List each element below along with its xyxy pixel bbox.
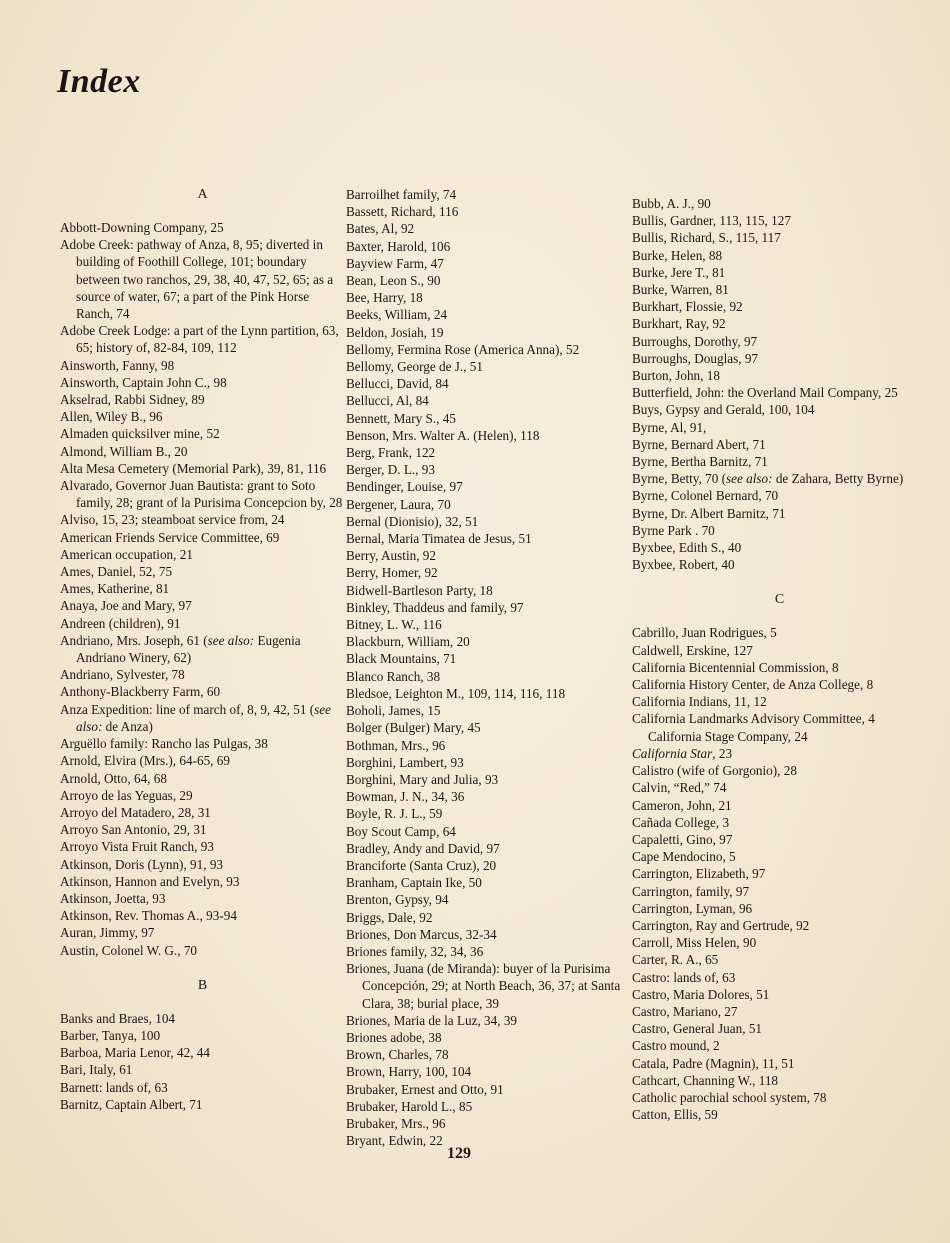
entry-text: Byrne, Betty, 70 (: [632, 471, 726, 486]
index-entry: Anza Expedition: line of march of, 8, 9,…: [60, 701, 345, 735]
index-entry: Cape Mendocino, 5: [632, 848, 927, 865]
index-entry: Briones family, 32, 34, 36: [346, 943, 636, 960]
index-entry: Bothman, Mrs., 96: [346, 737, 636, 754]
index-entry: California Landmarks Advisory Committee,…: [632, 710, 927, 727]
index-entry: California Stage Company, 24: [632, 728, 927, 745]
index-column-1: AAbbott-Downing Company, 25Adobe Creek: …: [60, 186, 345, 1113]
index-entry: Andriano, Sylvester, 78: [60, 666, 345, 683]
entry-text: Briones, Maria de la Luz, 34, 39: [346, 1013, 517, 1028]
entry-text: California Bicentennial Commission, 8: [632, 660, 839, 675]
index-entry: Bennett, Mary S., 45: [346, 410, 636, 427]
entry-text: Carrington, family, 97: [632, 884, 749, 899]
index-entry: Ainsworth, Captain John C., 98: [60, 374, 345, 391]
entry-text: Branciforte (Santa Cruz), 20: [346, 858, 496, 873]
index-entry: Ames, Daniel, 52, 75: [60, 563, 345, 580]
index-entry: Binkley, Thaddeus and family, 97: [346, 599, 636, 616]
entry-text: Castro, Mariano, 27: [632, 1004, 737, 1019]
entry-text: Buys, Gypsy and Gerald, 100, 104: [632, 402, 814, 417]
index-entry: Burke, Jere T., 81: [632, 264, 927, 281]
entry-text: Bledsoe, Leighton M., 109, 114, 116, 118: [346, 686, 565, 701]
index-entry: Austin, Colonel W. G., 70: [60, 942, 345, 959]
index-entry: Carter, R. A., 65: [632, 951, 927, 968]
index-entry: Catholic parochial school system, 78: [632, 1089, 927, 1106]
entry-text: Carrington, Lyman, 96: [632, 901, 752, 916]
entry-text: Bellucci, David, 84: [346, 376, 449, 391]
index-entry: Bergener, Laura, 70: [346, 496, 636, 513]
entry-text: Catholic parochial school system, 78: [632, 1090, 826, 1105]
entry-text: Bubb, A. J., 90: [632, 196, 711, 211]
entry-text: Atkinson, Joetta, 93: [60, 891, 166, 906]
entry-text: Berry, Austin, 92: [346, 548, 436, 563]
entry-text: Byrne, Bertha Barnitz, 71: [632, 454, 768, 469]
entry-text: Andriano, Sylvester, 78: [60, 667, 185, 682]
index-entry: Carrington, Ray and Gertrude, 92: [632, 917, 927, 934]
index-entry: Butterfield, John: the Overland Mail Com…: [632, 384, 927, 401]
entry-text: Beeks, William, 24: [346, 307, 447, 322]
entry-text: Arnold, Otto, 64, 68: [60, 771, 167, 786]
index-entry: Bee, Harry, 18: [346, 289, 636, 306]
entry-text: Arroyo del Matadero, 28, 31: [60, 805, 211, 820]
index-entry: California Indians, 11, 12: [632, 693, 927, 710]
index-entry: Abbott-Downing Company, 25: [60, 219, 345, 236]
index-entry: Bernal, Maria Timatea de Jesus, 51: [346, 530, 636, 547]
index-entry: Bubb, A. J., 90: [632, 195, 927, 212]
index-entry: Berry, Homer, 92: [346, 564, 636, 581]
entry-text: Barboa, Maria Lenor, 42, 44: [60, 1045, 210, 1060]
index-entry: Byrne, Betty, 70 (see also: de Zahara, B…: [632, 470, 927, 487]
section-heading-a: A: [60, 186, 345, 203]
index-entry: Bates, Al, 92: [346, 220, 636, 237]
index-entry: Alvarado, Governor Juan Bautista: grant …: [60, 477, 345, 511]
entry-text: Anza Expedition: line of march of, 8, 9,…: [60, 702, 314, 717]
index-entry: Briones, Maria de la Luz, 34, 39: [346, 1012, 636, 1029]
entry-text: California Stage Company, 24: [648, 729, 808, 744]
index-entry: Banks and Braes, 104: [60, 1010, 345, 1027]
entry-text: Almaden quicksilver mine, 52: [60, 426, 220, 441]
entry-text: Alviso, 15, 23; steamboat service from, …: [60, 512, 285, 527]
index-entry: Bradley, Andy and David, 97: [346, 840, 636, 857]
index-entry: Boholi, James, 15: [346, 702, 636, 719]
index-entry: Burke, Helen, 88: [632, 247, 927, 264]
index-entry: Allen, Wiley B., 96: [60, 408, 345, 425]
index-entry: Carroll, Miss Helen, 90: [632, 934, 927, 951]
index-entry: Barnitz, Captain Albert, 71: [60, 1096, 345, 1113]
index-entry: Burroughs, Douglas, 97: [632, 350, 927, 367]
entry-text: Borghini, Mary and Julia, 93: [346, 772, 498, 787]
index-entry: Calvin, “Red,” 74: [632, 779, 927, 796]
index-entry: Bean, Leon S., 90: [346, 272, 636, 289]
entry-text: Arroyo Vista Fruit Ranch, 93: [60, 839, 214, 854]
index-entry: Beeks, William, 24: [346, 306, 636, 323]
index-column-2: Barroilhet family, 74Bassett, Richard, 1…: [346, 186, 636, 1149]
entry-text: Briggs, Dale, 92: [346, 910, 432, 925]
index-entry: Brown, Harry, 100, 104: [346, 1063, 636, 1080]
index-entry: Bullis, Gardner, 113, 115, 127: [632, 212, 927, 229]
entry-text: Burroughs, Dorothy, 97: [632, 334, 757, 349]
entry-text: Barroilhet family, 74: [346, 187, 456, 202]
index-entry: American Friends Service Committee, 69: [60, 529, 345, 546]
index-entry: Blanco Ranch, 38: [346, 668, 636, 685]
index-entry: Barber, Tanya, 100: [60, 1027, 345, 1044]
index-entry: Ames, Katherine, 81: [60, 580, 345, 597]
entry-text: Alvarado, Governor Juan Bautista: grant …: [60, 478, 342, 510]
entry-text: Byxbee, Edith S., 40: [632, 540, 741, 555]
page-number: 129: [447, 1145, 471, 1163]
entry-text: Bothman, Mrs., 96: [346, 738, 445, 753]
index-entry: Castro, Mariano, 27: [632, 1003, 927, 1020]
entry-text: Brubaker, Ernest and Otto, 91: [346, 1082, 504, 1097]
index-entry: Alviso, 15, 23; steamboat service from, …: [60, 511, 345, 528]
index-entry: Branciforte (Santa Cruz), 20: [346, 857, 636, 874]
entry-text: Ainsworth, Fanny, 98: [60, 358, 174, 373]
index-entry: Brown, Charles, 78: [346, 1046, 636, 1063]
entry-text: Cameron, John, 21: [632, 798, 732, 813]
entry-text: Byrne, Al, 91,: [632, 420, 706, 435]
entry-text: California Landmarks Advisory Committee,…: [632, 711, 875, 726]
entry-text: Black Mountains, 71: [346, 651, 456, 666]
entry-italic-text: California Star: [632, 746, 712, 761]
index-entry: Burke, Warren, 81: [632, 281, 927, 298]
entry-text: Boyle, R. J. L., 59: [346, 806, 442, 821]
entry-text: American occupation, 21: [60, 547, 193, 562]
entry-text: Brenton, Gypsy, 94: [346, 892, 448, 907]
index-entry: Andriano, Mrs. Joseph, 61 (see also: Eug…: [60, 632, 345, 666]
entry-text: Barnett: lands of, 63: [60, 1080, 168, 1095]
entry-text: Brown, Charles, 78: [346, 1047, 449, 1062]
index-entry: Arroyo del Matadero, 28, 31: [60, 804, 345, 821]
entry-text: Bernal (Dionisio), 32, 51: [346, 514, 478, 529]
index-entry: Bassett, Richard, 116: [346, 203, 636, 220]
index-entry: Almond, William B., 20: [60, 443, 345, 460]
entry-text: Burke, Jere T., 81: [632, 265, 725, 280]
entry-text: Boholi, James, 15: [346, 703, 441, 718]
index-entry: Andreen (children), 91: [60, 615, 345, 632]
index-entry: Briones, Juana (de Miranda): buyer of la…: [346, 960, 636, 1012]
entry-text: Bitney, L. W., 116: [346, 617, 442, 632]
entry-text: Adobe Creek Lodge: a part of the Lynn pa…: [60, 323, 339, 355]
entry-text: Bowman, J. N., 34, 36: [346, 789, 464, 804]
entry-text: Burkhart, Ray, 92: [632, 316, 726, 331]
section-heading-b: B: [60, 977, 345, 994]
entry-text: Bendinger, Louise, 97: [346, 479, 463, 494]
index-entry: Carrington, Lyman, 96: [632, 900, 927, 917]
entry-text: Atkinson, Hannon and Evelyn, 93: [60, 874, 239, 889]
entry-text: Byrne, Dr. Albert Barnitz, 71: [632, 506, 785, 521]
index-entry: Bellomy, Fermina Rose (America Anna), 52: [346, 341, 636, 358]
entry-text: Catala, Padre (Magnin), 11, 51: [632, 1056, 794, 1071]
index-entry: Bryant, Edwin, 22: [346, 1132, 636, 1149]
index-entry: Ainsworth, Fanny, 98: [60, 357, 345, 374]
entry-text: Brubaker, Mrs., 96: [346, 1116, 445, 1131]
index-entry: Arguëllo family: Rancho las Pulgas, 38: [60, 735, 345, 752]
index-entry: Carrington, Elizabeth, 97: [632, 865, 927, 882]
index-entry: Barboa, Maria Lenor, 42, 44: [60, 1044, 345, 1061]
entry-text: Castro mound, 2: [632, 1038, 720, 1053]
entry-text: Bellomy, George de J., 51: [346, 359, 483, 374]
index-entry: Burkhart, Flossie, 92: [632, 298, 927, 315]
entry-text: Allen, Wiley B., 96: [60, 409, 163, 424]
entry-text: Austin, Colonel W. G., 70: [60, 943, 197, 958]
entry-text: Blanco Ranch, 38: [346, 669, 440, 684]
index-entry: Byrne, Dr. Albert Barnitz, 71: [632, 505, 927, 522]
entry-text: Ames, Daniel, 52, 75: [60, 564, 172, 579]
index-entry: Arnold, Otto, 64, 68: [60, 770, 345, 787]
index-entry: Adobe Creek: pathway of Anza, 8, 95; div…: [60, 236, 345, 322]
index-entry: Bowman, J. N., 34, 36: [346, 788, 636, 805]
index-entry: Calistro (wife of Gorgonio), 28: [632, 762, 927, 779]
index-entry: Borghini, Lambert, 93: [346, 754, 636, 771]
entry-text: Carrington, Elizabeth, 97: [632, 866, 765, 881]
entry-text: American Friends Service Committee, 69: [60, 530, 279, 545]
index-entry: Cameron, John, 21: [632, 797, 927, 814]
entry-text: Byxbee, Robert, 40: [632, 557, 735, 572]
entry-text: Atkinson, Rev. Thomas A., 93-94: [60, 908, 237, 923]
entry-text: Andriano, Mrs. Joseph, 61 (: [60, 633, 208, 648]
entry-text: Bee, Harry, 18: [346, 290, 423, 305]
index-entry: Cañada College, 3: [632, 814, 927, 831]
entry-text: Bernal, Maria Timatea de Jesus, 51: [346, 531, 532, 546]
index-entry: Arroyo San Antonio, 29, 31: [60, 821, 345, 838]
entry-text: Bean, Leon S., 90: [346, 273, 441, 288]
entry-text: Baxter, Harold, 106: [346, 239, 450, 254]
entry-text: Barber, Tanya, 100: [60, 1028, 160, 1043]
index-entry: Atkinson, Rev. Thomas A., 93-94: [60, 907, 345, 924]
entry-text: Bellomy, Fermina Rose (America Anna), 52: [346, 342, 579, 357]
entry-text: Briones, Juana (de Miranda): buyer of la…: [346, 961, 620, 1010]
entry-italic-text: see also:: [208, 633, 255, 648]
entry-text: Carter, R. A., 65: [632, 952, 718, 967]
index-entry: Adobe Creek Lodge: a part of the Lynn pa…: [60, 322, 345, 356]
index-entry: Boyle, R. J. L., 59: [346, 805, 636, 822]
index-entry: Cabrillo, Juan Rodrigues, 5: [632, 624, 927, 641]
index-entry: Byrne, Colonel Bernard, 70: [632, 487, 927, 504]
index-entry: Bellucci, Al, 84: [346, 392, 636, 409]
index-entry: Bari, Italy, 61: [60, 1061, 345, 1078]
entry-text: Bassett, Richard, 116: [346, 204, 458, 219]
entry-text: Cañada College, 3: [632, 815, 729, 830]
index-entry: Bendinger, Louise, 97: [346, 478, 636, 495]
index-entry: Carrington, family, 97: [632, 883, 927, 900]
index-entry: Byrne Park . 70: [632, 522, 927, 539]
index-entry: Castro mound, 2: [632, 1037, 927, 1054]
entry-text: Caldwell, Erskine, 127: [632, 643, 753, 658]
entry-text: Calistro (wife of Gorgonio), 28: [632, 763, 797, 778]
index-entry: Castro: lands of, 63: [632, 969, 927, 986]
entry-text: Akselrad, Rabbi Sidney, 89: [60, 392, 205, 407]
entry-text: Capaletti, Gino, 97: [632, 832, 732, 847]
page-title: Index: [57, 63, 141, 101]
index-column-3: Bubb, A. J., 90Bullis, Gardner, 113, 115…: [632, 195, 927, 1123]
entry-text: Ainsworth, Captain John C., 98: [60, 375, 227, 390]
entry-text: Atkinson, Doris (Lynn), 91, 93: [60, 857, 223, 872]
index-entry: Berry, Austin, 92: [346, 547, 636, 564]
index-entry: Anaya, Joe and Mary, 97: [60, 597, 345, 614]
index-entry: Bernal (Dionisio), 32, 51: [346, 513, 636, 530]
index-entry: California History Center, de Anza Colle…: [632, 676, 927, 693]
entry-text: Berry, Homer, 92: [346, 565, 438, 580]
index-entry: Baxter, Harold, 106: [346, 238, 636, 255]
index-entry: Borghini, Mary and Julia, 93: [346, 771, 636, 788]
index-entry: Atkinson, Doris (Lynn), 91, 93: [60, 856, 345, 873]
index-entry: Akselrad, Rabbi Sidney, 89: [60, 391, 345, 408]
entry-text: Anthony-Blackberry Farm, 60: [60, 684, 220, 699]
entry-text: Brubaker, Harold L., 85: [346, 1099, 472, 1114]
index-entry: Brubaker, Mrs., 96: [346, 1115, 636, 1132]
index-entry: Burton, John, 18: [632, 367, 927, 384]
index-entry: Bellomy, George de J., 51: [346, 358, 636, 375]
index-entry: Byrne, Bernard Abert, 71: [632, 436, 927, 453]
index-entry: Briones adobe, 38: [346, 1029, 636, 1046]
index-entry: Atkinson, Joetta, 93: [60, 890, 345, 907]
index-entry: Arroyo de las Yeguas, 29: [60, 787, 345, 804]
index-entry: Arnold, Elvira (Mrs.), 64-65, 69: [60, 752, 345, 769]
entry-text: Borghini, Lambert, 93: [346, 755, 464, 770]
entry-text: Butterfield, John: the Overland Mail Com…: [632, 385, 898, 400]
entry-text: Bullis, Gardner, 113, 115, 127: [632, 213, 791, 228]
entry-text-continued: , 23: [712, 746, 732, 761]
entry-text: Calvin, “Red,” 74: [632, 780, 727, 795]
entry-text: Berg, Frank, 122: [346, 445, 435, 460]
entry-text: Beldon, Josiah, 19: [346, 325, 443, 340]
entry-text: Auran, Jimmy, 97: [60, 925, 154, 940]
index-entry: Briones, Don Marcus, 32-34: [346, 926, 636, 943]
entry-text: Branham, Captain Ike, 50: [346, 875, 482, 890]
entry-text: Cape Mendocino, 5: [632, 849, 736, 864]
index-entry: Catton, Ellis, 59: [632, 1106, 927, 1123]
index-entry: Bullis, Richard, S., 115, 117: [632, 229, 927, 246]
index-entry: Byxbee, Edith S., 40: [632, 539, 927, 556]
entry-text: Almond, William B., 20: [60, 444, 187, 459]
index-entry: Berger, D. L., 93: [346, 461, 636, 478]
index-entry: Barroilhet family, 74: [346, 186, 636, 203]
entry-text: Bari, Italy, 61: [60, 1062, 132, 1077]
index-entry: Catala, Padre (Magnin), 11, 51: [632, 1055, 927, 1072]
entry-text: Byrne Park . 70: [632, 523, 715, 538]
entry-text: Adobe Creek: pathway of Anza, 8, 95; div…: [60, 237, 333, 321]
entry-text: Bates, Al, 92: [346, 221, 414, 236]
index-entry: Buys, Gypsy and Gerald, 100, 104: [632, 401, 927, 418]
index-entry: Byxbee, Robert, 40: [632, 556, 927, 573]
entry-text: Bellucci, Al, 84: [346, 393, 429, 408]
entry-text: Bolger (Bulger) Mary, 45: [346, 720, 481, 735]
entry-text: California Indians, 11, 12: [632, 694, 767, 709]
index-entry: California Star, 23: [632, 745, 927, 762]
index-entry: Blackburn, William, 20: [346, 633, 636, 650]
entry-text: Arroyo de las Yeguas, 29: [60, 788, 193, 803]
index-entry: Atkinson, Hannon and Evelyn, 93: [60, 873, 345, 890]
index-entry: Bledsoe, Leighton M., 109, 114, 116, 118: [346, 685, 636, 702]
entry-text: Arnold, Elvira (Mrs.), 64-65, 69: [60, 753, 230, 768]
entry-text: Alta Mesa Cemetery (Memorial Park), 39, …: [60, 461, 326, 476]
index-entry: Beldon, Josiah, 19: [346, 324, 636, 341]
index-entry: Castro, General Juan, 51: [632, 1020, 927, 1037]
entry-text: Cathcart, Channing W., 118: [632, 1073, 778, 1088]
entry-text: Cabrillo, Juan Rodrigues, 5: [632, 625, 777, 640]
index-entry: Castro, Maria Dolores, 51: [632, 986, 927, 1003]
index-entry: Brubaker, Ernest and Otto, 91: [346, 1081, 636, 1098]
index-entry: Branham, Captain Ike, 50: [346, 874, 636, 891]
entry-text: Briones family, 32, 34, 36: [346, 944, 483, 959]
index-entry: Bellucci, David, 84: [346, 375, 636, 392]
index-entry: Barnett: lands of, 63: [60, 1079, 345, 1096]
entry-text: Burke, Warren, 81: [632, 282, 729, 297]
index-entry: Bolger (Bulger) Mary, 45: [346, 719, 636, 736]
entry-text: Bennett, Mary S., 45: [346, 411, 456, 426]
entry-text: Berger, D. L., 93: [346, 462, 435, 477]
index-entry: Cathcart, Channing W., 118: [632, 1072, 927, 1089]
entry-text: Bullis, Richard, S., 115, 117: [632, 230, 781, 245]
index-entry: Anthony-Blackberry Farm, 60: [60, 683, 345, 700]
index-entry: Bitney, L. W., 116: [346, 616, 636, 633]
entry-text: Banks and Braes, 104: [60, 1011, 175, 1026]
index-entry: California Bicentennial Commission, 8: [632, 659, 927, 676]
entry-text: Burroughs, Douglas, 97: [632, 351, 758, 366]
index-entry: Berg, Frank, 122: [346, 444, 636, 461]
entry-text: California History Center, de Anza Colle…: [632, 677, 873, 692]
entry-italic-text: see also:: [726, 471, 773, 486]
index-entry: Bidwell-Bartleson Party, 18: [346, 582, 636, 599]
entry-text: Carroll, Miss Helen, 90: [632, 935, 756, 950]
index-entry: Caldwell, Erskine, 127: [632, 642, 927, 659]
entry-text: Ames, Katherine, 81: [60, 581, 169, 596]
entry-text: Castro, Maria Dolores, 51: [632, 987, 769, 1002]
index-entry: Benson, Mrs. Walter A. (Helen), 118: [346, 427, 636, 444]
index-entry: Black Mountains, 71: [346, 650, 636, 667]
index-entry: Auran, Jimmy, 97: [60, 924, 345, 941]
entry-text: Briones, Don Marcus, 32-34: [346, 927, 497, 942]
entry-text: Andreen (children), 91: [60, 616, 180, 631]
entry-text-continued: de Anza): [102, 719, 153, 734]
entry-text: Byrne, Bernard Abert, 71: [632, 437, 766, 452]
entry-text: Carrington, Ray and Gertrude, 92: [632, 918, 809, 933]
entry-text: Castro, General Juan, 51: [632, 1021, 762, 1036]
entry-text: Arguëllo family: Rancho las Pulgas, 38: [60, 736, 268, 751]
entry-text: Boy Scout Camp, 64: [346, 824, 456, 839]
index-entry: Alta Mesa Cemetery (Memorial Park), 39, …: [60, 460, 345, 477]
entry-text: Bayview Farm, 47: [346, 256, 444, 271]
index-entry: Bayview Farm, 47: [346, 255, 636, 272]
entry-text: Castro: lands of, 63: [632, 970, 735, 985]
entry-text: Brown, Harry, 100, 104: [346, 1064, 471, 1079]
index-entry: Brubaker, Harold L., 85: [346, 1098, 636, 1115]
entry-text: Bradley, Andy and David, 97: [346, 841, 500, 856]
index-entry: Briggs, Dale, 92: [346, 909, 636, 926]
index-entry: Capaletti, Gino, 97: [632, 831, 927, 848]
entry-text: Blackburn, William, 20: [346, 634, 470, 649]
entry-text: Catton, Ellis, 59: [632, 1107, 718, 1122]
entry-text: Bergener, Laura, 70: [346, 497, 451, 512]
entry-text: Burton, John, 18: [632, 368, 720, 383]
index-entry: Brenton, Gypsy, 94: [346, 891, 636, 908]
index-entry: Almaden quicksilver mine, 52: [60, 425, 345, 442]
entry-text: Burkhart, Flossie, 92: [632, 299, 743, 314]
entry-text: Briones adobe, 38: [346, 1030, 442, 1045]
entry-text: Benson, Mrs. Walter A. (Helen), 118: [346, 428, 539, 443]
entry-text: Barnitz, Captain Albert, 71: [60, 1097, 202, 1112]
entry-text: Arroyo San Antonio, 29, 31: [60, 822, 207, 837]
index-entry: American occupation, 21: [60, 546, 345, 563]
index-entry: Boy Scout Camp, 64: [346, 823, 636, 840]
index-entry: Burroughs, Dorothy, 97: [632, 333, 927, 350]
index-entry: Byrne, Bertha Barnitz, 71: [632, 453, 927, 470]
entry-text: Burke, Helen, 88: [632, 248, 722, 263]
entry-text: Abbott-Downing Company, 25: [60, 220, 224, 235]
index-entry: Byrne, Al, 91,: [632, 419, 927, 436]
entry-text: Anaya, Joe and Mary, 97: [60, 598, 192, 613]
index-entry: Burkhart, Ray, 92: [632, 315, 927, 332]
section-heading-c: C: [632, 591, 927, 608]
entry-text-continued: de Zahara, Betty Byrne): [773, 471, 904, 486]
